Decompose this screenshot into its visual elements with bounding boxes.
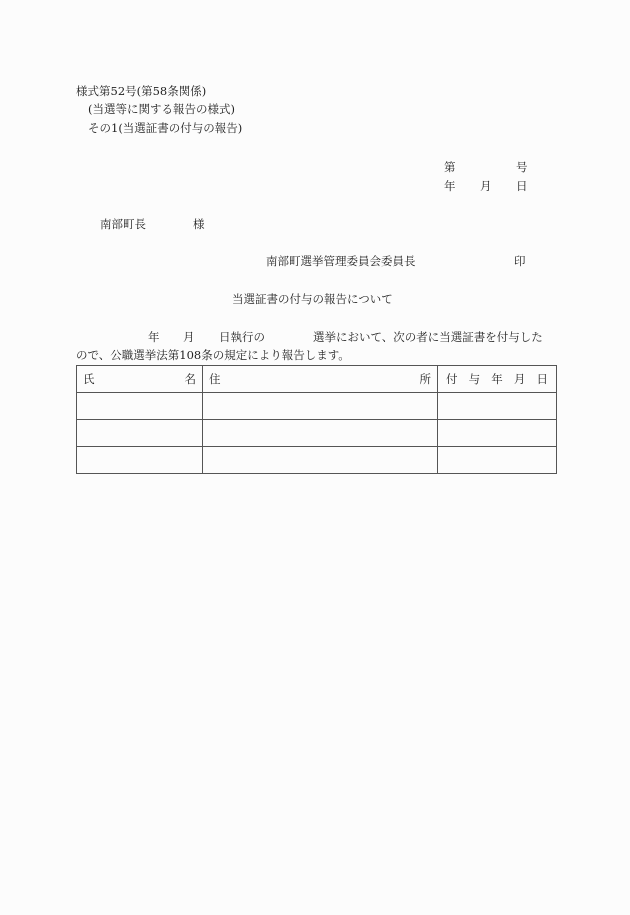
ref-number-prefix: 第 xyxy=(444,160,456,174)
cell-grant-date xyxy=(438,393,557,420)
cell-name xyxy=(77,447,203,474)
header-text: 所 xyxy=(420,371,432,387)
header-text: 日 xyxy=(537,371,549,387)
cell-name xyxy=(77,393,203,420)
addressee-name: 南部町長 xyxy=(100,217,146,231)
document-title: 当選証書の付与の報告について xyxy=(232,292,393,306)
form-subtitle: (当選等に関する報告の様式) xyxy=(88,102,235,116)
cell-grant-date xyxy=(438,420,557,447)
ref-date-year: 年 xyxy=(444,179,456,193)
ref-date-day: 日 xyxy=(516,179,528,193)
ref-number-suffix: 号 xyxy=(516,160,528,174)
table-header-row: 氏 名 住 所 付 与 年 月 日 xyxy=(77,366,557,393)
form-number: 様式第52号(第58条関係) xyxy=(76,84,206,98)
table-row xyxy=(77,393,557,420)
sender-title: 南部町選挙管理委員会委員長 xyxy=(266,254,416,268)
header-text: 年 xyxy=(491,371,503,387)
column-header-address: 住 所 xyxy=(203,366,438,393)
form-part: その1(当選証書の付与の報告) xyxy=(88,121,242,135)
column-header-grant-date: 付 与 年 月 日 xyxy=(438,366,557,393)
header-text: 住 xyxy=(209,371,221,387)
cell-grant-date xyxy=(438,447,557,474)
table-row xyxy=(77,447,557,474)
body-line1-rest: 選挙において、次の者に当選証書を付与した xyxy=(313,330,543,344)
column-header-name: 氏 名 xyxy=(77,366,203,393)
ref-date-month: 月 xyxy=(480,179,492,193)
addressee-honorific: 様 xyxy=(193,217,205,231)
cell-name xyxy=(77,420,203,447)
header-text: 与 xyxy=(469,371,481,387)
header-text: 月 xyxy=(514,371,526,387)
header-text: 付 xyxy=(446,371,458,387)
header-text: 名 xyxy=(185,371,197,387)
body-year: 年 xyxy=(148,330,160,344)
cell-address xyxy=(203,420,438,447)
body-line2: ので、公職選挙法第108条の規定により報告します。 xyxy=(76,348,350,362)
body-day-executed: 日執行の xyxy=(219,330,265,344)
table-row xyxy=(77,420,557,447)
cell-address xyxy=(203,447,438,474)
seal-mark: 印 xyxy=(514,254,526,268)
body-month: 月 xyxy=(183,330,195,344)
recipients-table: 氏 名 住 所 付 与 年 月 日 xyxy=(76,365,557,474)
header-text: 氏 xyxy=(83,371,95,387)
cell-address xyxy=(203,393,438,420)
